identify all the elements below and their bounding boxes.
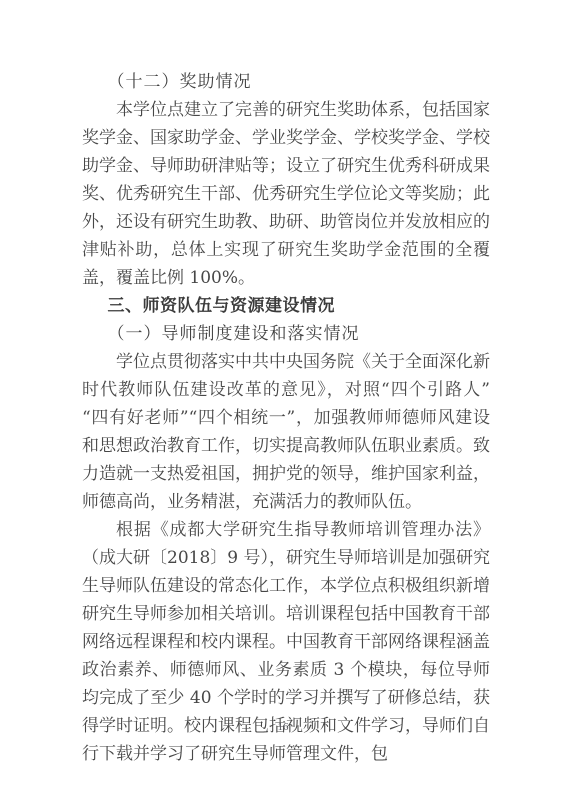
subsection-heading-mentor: （一）导师制度建设和落实情况 [82, 320, 490, 348]
section-heading-awards: （十二）奖助情况 [82, 68, 490, 96]
document-page: （十二）奖助情况 本学位点建立了完善的研究生奖助体系，包括国家奖学金、国家助学金… [0, 0, 566, 800]
page-number: 16 [0, 719, 566, 735]
paragraph-mentor-policy: 学位点贯彻落实中共中央国务院《关于全面深化新时代教师队伍建设改革的意见》，对照“… [82, 348, 490, 516]
paragraph-awards: 本学位点建立了完善的研究生奖助体系，包括国家奖学金、国家助学金、学业奖学金、学校… [82, 96, 490, 292]
chapter-heading-faculty: 三、师资队伍与资源建设情况 [82, 292, 490, 320]
